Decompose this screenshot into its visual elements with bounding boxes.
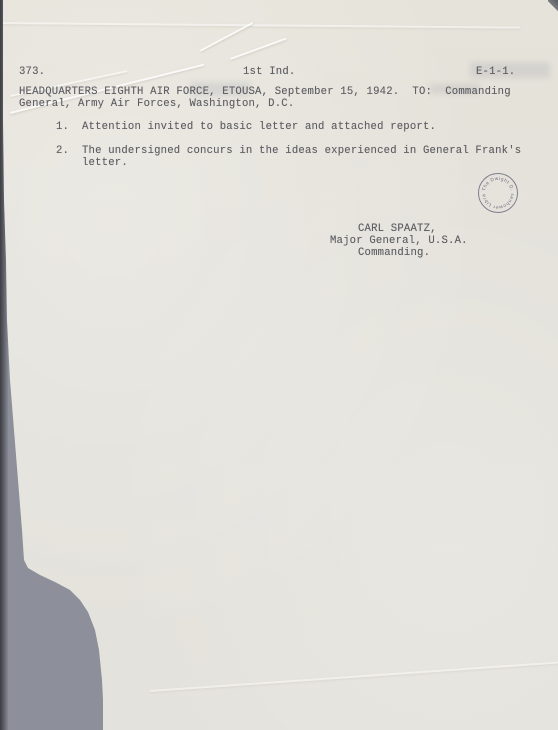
signature-name: CARL SPAATZ, [358,223,437,235]
indorsement-label: 1st Ind. [243,66,295,78]
stamp-seal-icon: The Dwight D. Eisenhower Library [477,172,519,214]
heading-line: HEADQUARTERS EIGHTH AIR FORCE, ETOUSA, S… [19,86,511,98]
reference-code: E-1-1. [476,66,515,78]
stamp-text-top: The Dwight D. [481,176,514,193]
paragraph-number: 2. [56,145,69,157]
paper-crease [150,661,558,692]
signature-rank: Major General, U.S.A. [330,235,468,247]
paragraph-text: Attention invited to basic letter and at… [82,121,436,133]
paper-crease [200,22,254,52]
folded-corner [548,0,558,12]
library-stamp: The Dwight D. Eisenhower Library [478,173,518,213]
paragraph-text: letter. [82,157,128,169]
heading-line: General, Army Air Forces, Washington, D.… [19,98,294,110]
paper-crease [0,22,520,29]
paragraph-text: The undersigned concurs in the ideas exp… [82,145,521,157]
signature-role: Commanding. [358,247,430,259]
document-page: 373. 1st Ind. E-1-1. HEADQUARTERS EIGHTH… [0,0,558,730]
svg-text:The Dwight D.: The Dwight D. [481,176,514,193]
paper-crease [230,38,287,60]
file-number: 373. [19,66,45,78]
paragraph-number: 1. [56,121,69,133]
